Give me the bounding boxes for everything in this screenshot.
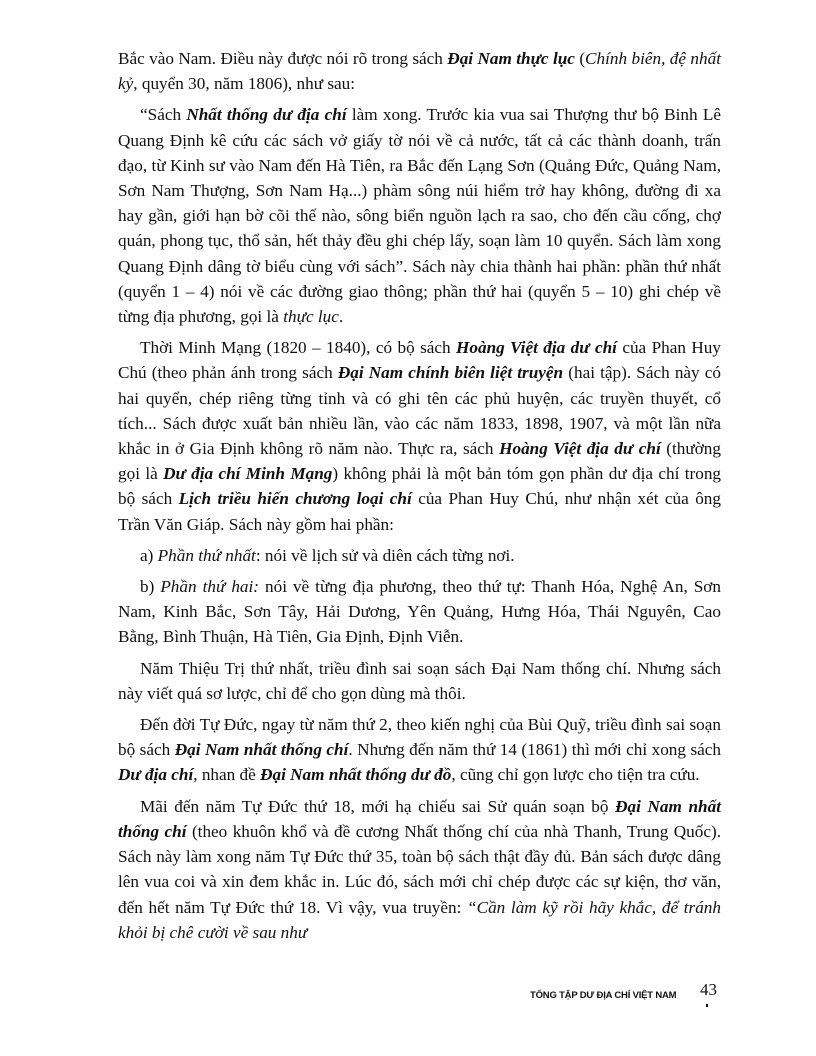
- paragraph: “Sách Nhất thống dư địa chí làm xong. Tr…: [118, 102, 721, 329]
- page-number: 43: [700, 980, 717, 1000]
- paragraph: Năm Thiệu Trị thứ nhất, triều đình sai s…: [118, 656, 721, 706]
- footer-mark: [706, 1004, 708, 1007]
- paragraph: Đến đời Tự Đức, ngay từ năm thứ 2, theo …: [118, 712, 721, 788]
- document-body: Bắc vào Nam. Điều này được nói rõ trong …: [118, 46, 721, 951]
- paragraph: a) Phần thứ nhất: nói về lịch sử và diên…: [118, 543, 721, 568]
- paragraph: b) Phần thứ hai: nói về từng địa phương,…: [118, 574, 721, 650]
- paragraph: Thời Minh Mạng (1820 – 1840), có bộ sách…: [118, 335, 721, 537]
- paragraph: Mãi đến năm Tự Đức thứ 18, mới hạ chiếu …: [118, 794, 721, 945]
- paragraph: Bắc vào Nam. Điều này được nói rõ trong …: [118, 46, 721, 96]
- running-footer-title: TỔNG TẬP DƯ ĐỊA CHÍ VIỆT NAM: [530, 990, 676, 1001]
